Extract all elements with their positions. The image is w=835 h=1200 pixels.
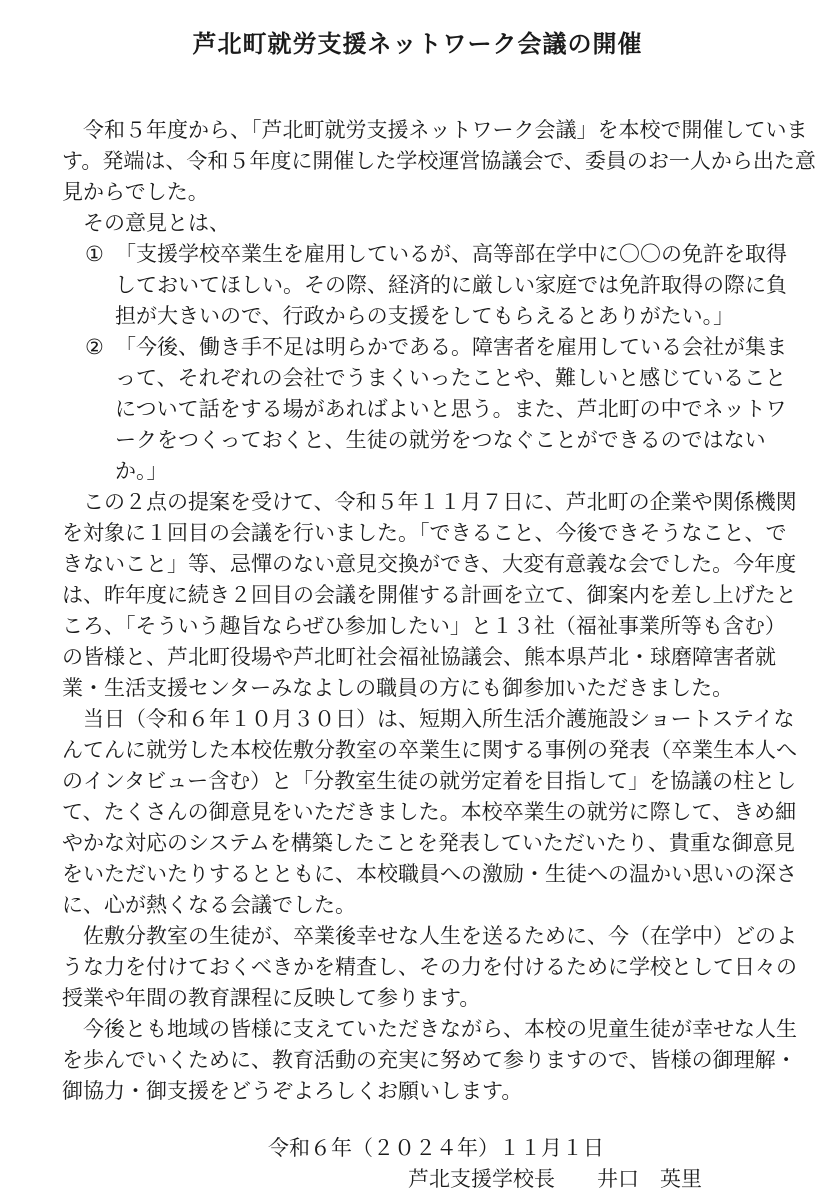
paragraph-closing: 今後とも地域の皆様に支えていただきながら、本校の児童生徒が幸せな人生 を歩んでい… [62, 1014, 835, 1107]
opinion-1-text: 「支援学校卒業生を雇用しているが、高等部在学中に〇〇の免許を取得 しておいてほし… [115, 239, 787, 332]
opinion-1-marker: ① [85, 239, 115, 270]
document-page: 芦北町就労支援ネットワーク会議の開催 令和５年度から、「芦北町就労支援ネットワー… [0, 0, 835, 1200]
opinion-item-2: ② 「今後、働き手不足は明らかである。障害者を雇用している会社が集ま って、それ… [62, 332, 835, 487]
opinion-item-1: ① 「支援学校卒業生を雇用しているが、高等部在学中に〇〇の免許を取得 しておいて… [62, 239, 835, 332]
signature-line: 芦北支援学校長 井口 英里 [408, 1164, 835, 1195]
opinion-2-text: 「今後、働き手不足は明らかである。障害者を雇用している会社が集ま って、それぞれ… [115, 332, 787, 487]
document-body: 令和５年度から、「芦北町就労支援ネットワーク会議」を本校で開催していま す。発端… [62, 115, 835, 1107]
paragraph-first-meeting: この２点の提案を受けて、令和５年１１月７日に、芦北町の企業や関係機関 を対象に１… [62, 487, 835, 704]
paragraph-opinions-lead: その意見とは、 [62, 208, 835, 239]
paragraph-intro: 令和５年度から、「芦北町就労支援ネットワーク会議」を本校で開催していま す。発端… [62, 115, 835, 208]
paragraph-policy: 佐敷分教室の生徒が、卒業後幸せな人生を送るために、今（在学中）どのよ うな力を付… [62, 921, 835, 1014]
date-line: 令和６年（２０２４年）１１月１日 [268, 1133, 835, 1164]
opinion-2-marker: ② [85, 332, 115, 363]
paragraph-meeting-day: 当日（令和６年１０月３０日）は、短期入所生活介護施設ショートステイな んてんに就… [62, 704, 835, 921]
document-title: 芦北町就労支援ネットワーク会議の開催 [0, 0, 835, 62]
